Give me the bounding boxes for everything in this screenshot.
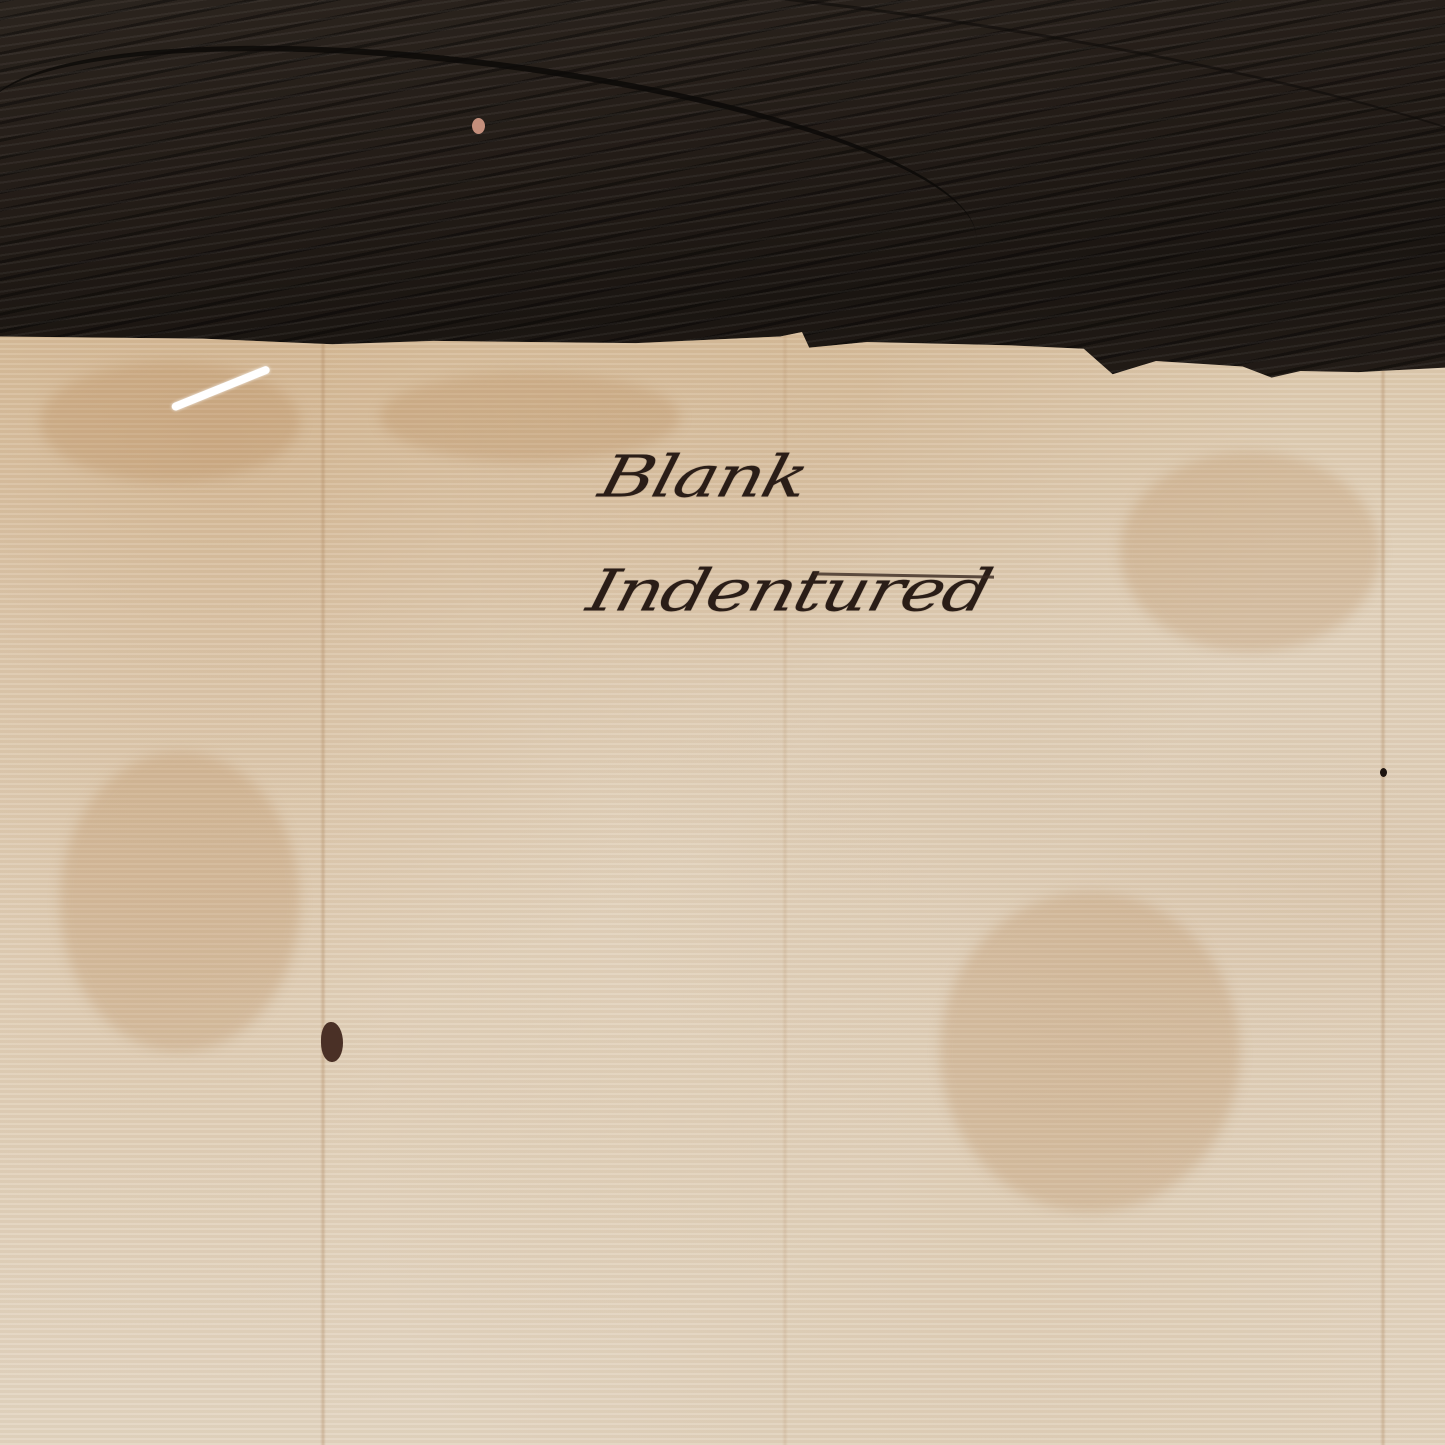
ink-dot	[1380, 768, 1387, 777]
fold-line-right	[1380, 332, 1386, 1445]
handwritten-inscription: Blank Indentured	[582, 432, 1262, 620]
fold-line-left	[320, 332, 326, 1445]
wood-speck	[472, 118, 485, 134]
foxing-stain	[60, 752, 300, 1052]
foxing-stain	[40, 362, 300, 482]
foxing-stain	[940, 892, 1240, 1212]
handwriting-line-1: Blank	[594, 448, 1276, 506]
handwriting-line-2: Indentured	[582, 562, 1276, 620]
photo-scene: Blank Indentured	[0, 0, 1445, 1445]
ink-blot	[321, 1022, 343, 1062]
